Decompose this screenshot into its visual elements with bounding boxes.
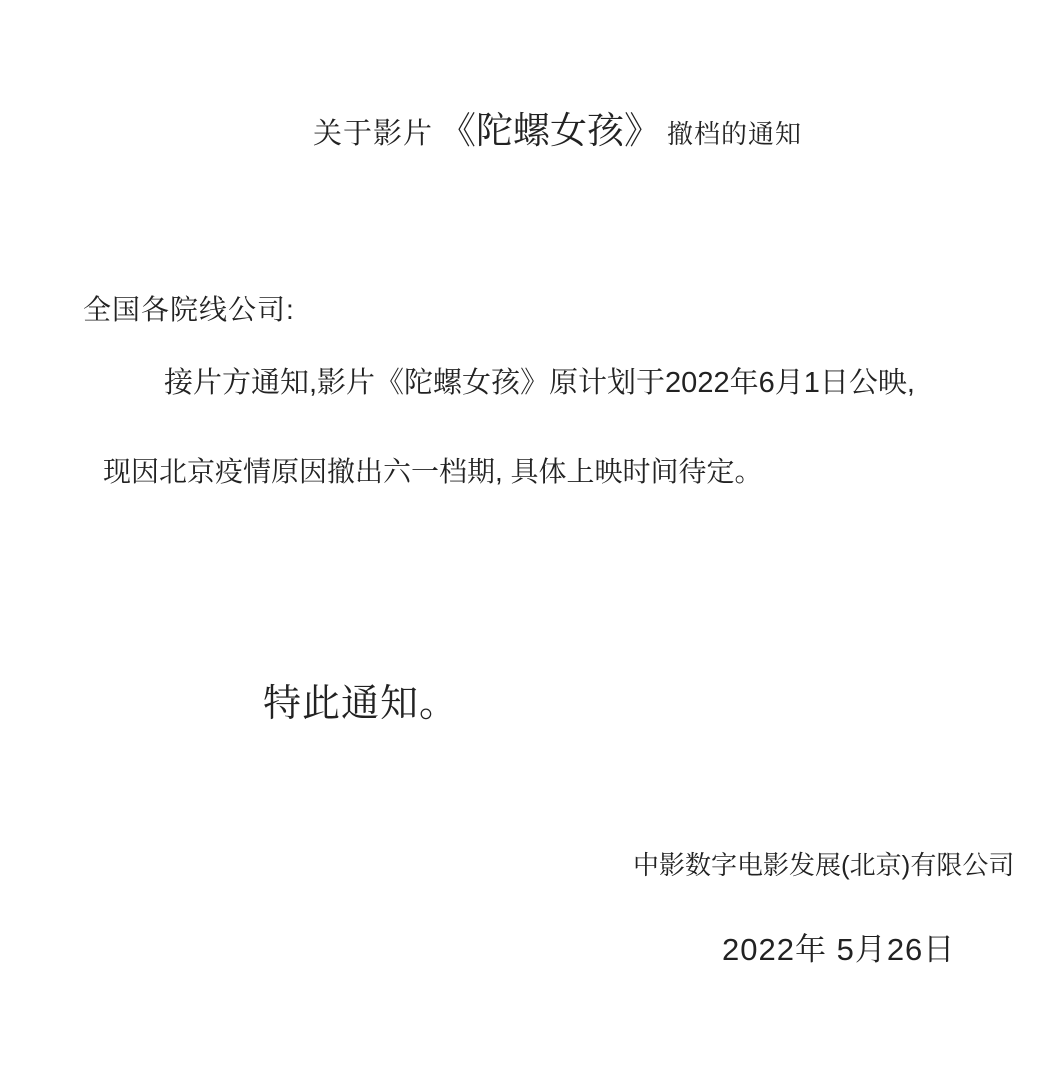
closing-statement: 特此通知。 [263, 672, 458, 727]
notice-document: 关于影片 《陀螺女孩》 撤档的通知 全国各院线公司: 接片方通知,影片《陀螺女孩… [0, 0, 1043, 1082]
body-paragraph-line-2: 现因北京疫情原因撤出六一档期, 具体上映时间待定。 [103, 450, 763, 490]
title-film-name: 《陀螺女孩》 [439, 100, 661, 154]
issuer-signature: 中影数字电影发展(北京)有限公司 [633, 845, 1014, 882]
salutation: 全国各院线公司: [83, 288, 295, 328]
document-title: 关于影片 《陀螺女孩》 撤档的通知 [313, 100, 802, 154]
title-suffix: 撤档的通知 [667, 114, 802, 151]
issue-date: 2022年 5月26日 [722, 924, 955, 969]
title-prefix: 关于影片 [313, 111, 433, 152]
body-paragraph-line-1: 接片方通知,影片《陀螺女孩》原计划于2022年6月1日公映, [164, 360, 915, 401]
